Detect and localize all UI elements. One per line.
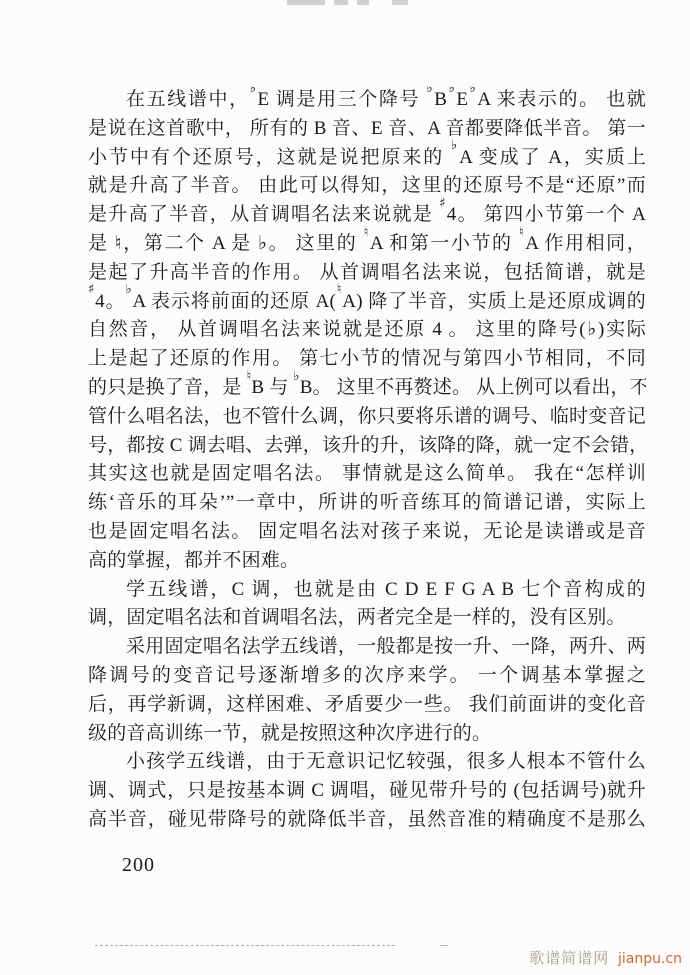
- text-line: 学五线谱，C 调，也就是由 C D E F G A B 七个音构成的: [88, 576, 646, 605]
- text-line: 调、调式，只是按基本调 C 调唱，碰见带升号的 (包括调号)就升: [88, 777, 646, 806]
- artifact-mark: [392, 0, 408, 5]
- artifact-mark: [287, 0, 325, 5]
- accidental-icon: ♭: [293, 369, 299, 384]
- accidental-icon: ♮: [364, 225, 370, 240]
- accidental-icon: ♭: [427, 86, 435, 96]
- text-line: 就是升高了半音。 由此可以得知，这里的还原号不是“还原”而: [88, 172, 646, 201]
- text-line: 管什么唱名法，也不管什么调，你只要将乐谱的调号、临时变音记: [88, 403, 646, 432]
- text-line: 是 ♮，第二个 A 是 ♭。 这里的 ♮A 和第一小节的 ♮A 作用相同，: [88, 230, 646, 259]
- text-line: 其实这也就是固定唱名法。 事情就是这么简单。 我在“怎样训: [88, 460, 646, 489]
- text-line: 是说在这首歌中， 所有的 B 音、E 音、A 音都要降低半音。 第一: [88, 115, 646, 144]
- accidental-icon: ♯: [88, 282, 95, 297]
- text-line: ♯4。♭A 表示将前面的还原 A(♮A) 降了半音，实质上是还原成调的: [88, 288, 646, 317]
- text-line: 高半音，碰见带降号的就降低半音，虽然音准的精确度不是那么: [88, 806, 646, 835]
- text-line: 自然音， 从首调唱名法来说就是还原 4 。 这里的降号(♭)实际: [88, 316, 646, 345]
- artifact-mark: [334, 0, 348, 5]
- text-line: 是起了升高半音的作用。 从首调唱名法来说，包括简谱，就是: [88, 259, 646, 288]
- accidental-icon: ♮: [247, 369, 252, 384]
- text-line: 在五线谱中，♭E 调是用三个降号 ♭B♭E♭A 来表示的。 也就: [88, 86, 646, 115]
- accidental-icon: ♭: [250, 86, 258, 96]
- watermark-site-name: 歌谱简谱网: [529, 951, 609, 967]
- text-line: 练‘音乐的耳朵’”一章中，所讲的听音练耳的简谱记谱，实际上: [88, 489, 646, 518]
- text-line: 小节中有个还原号，这就是说把原来的 ♭A 变成了 A，实质上: [88, 144, 646, 173]
- text-line: 调，固定唱名法和首调唱名法，两者完全是一样的，没有区别。: [88, 604, 646, 633]
- text-line: 的只是换了音，是 ♮B 与 ♭B。 这里不再赘述。 从上例可以看出，不: [88, 374, 646, 403]
- accidental-icon: ♭: [125, 282, 132, 297]
- text-line: 高的掌握，都并不困难。: [88, 547, 646, 576]
- text-line: 后，再学新调，这样困难、矛盾要少一些。 我们前面讲的变化音: [88, 691, 646, 720]
- page-edge-artifact: [95, 945, 395, 946]
- text-line: 采用固定唱名法学五线谱，一般都是按一升、一降，两升、两: [88, 633, 646, 662]
- artifact-mark: [357, 0, 369, 5]
- body-text: 在五线谱中，♭E 调是用三个降号 ♭B♭E♭A 来表示的。 也就是说在这首歌中，…: [88, 86, 646, 835]
- accidental-icon: ♮: [336, 282, 342, 297]
- watermark-site-url: jianpu.cn: [618, 951, 682, 967]
- accidental-icon: ♭: [468, 86, 477, 96]
- text-line: 级的音高训练一节，就是按照这种次序进行的。: [88, 720, 646, 749]
- page-number: 200: [122, 854, 155, 877]
- text-line: 号，都按 C 调去唱、去弹，该升的升，该降的降，就一定不会错，: [88, 432, 646, 461]
- book-page: 在五线谱中，♭E 调是用三个降号 ♭B♭E♭A 来表示的。 也就是说在这首歌中，…: [0, 0, 690, 975]
- accidental-icon: ♯: [439, 196, 447, 211]
- text-line: 上是起了还原的作用。 第七小节的情况与第四小节相同，不同: [88, 345, 646, 374]
- text-line: 降调号的变音记号逐渐增多的次序来学。 一个调基本掌握之: [88, 662, 646, 691]
- accidental-icon: ♭: [447, 86, 456, 96]
- watermark: 歌谱简谱网 jianpu.cn: [529, 947, 682, 968]
- accidental-icon: ♮: [519, 225, 525, 240]
- artifact-mark: [440, 945, 448, 946]
- accidental-icon: ♭: [451, 138, 459, 153]
- text-line: 小孩学五线谱，由于无意识记忆较强，很多人根本不管什么: [88, 748, 646, 777]
- cropped-header-artifact: [287, 0, 417, 6]
- text-line: 也是固定唱名法。 固定唱名法对孩子来说，无论是读谱或是音: [88, 518, 646, 547]
